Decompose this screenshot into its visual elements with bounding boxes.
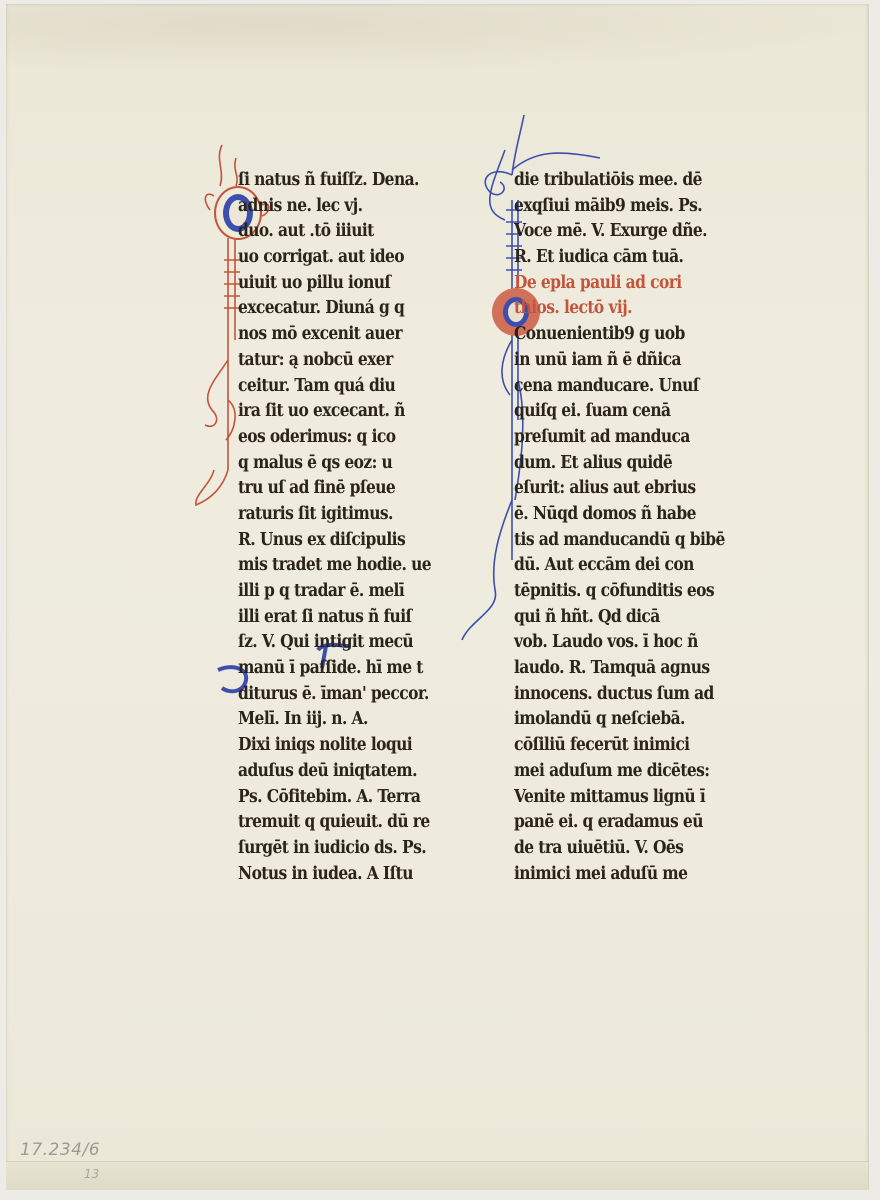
text-column-left: ſi natus ñ fuiſſz. Dena. adnis ne. lec v… (238, 166, 468, 885)
shelf-mark-sub-annotation: 13 (84, 1167, 99, 1181)
shelf-mark-annotation: 17.234/6 (20, 1140, 100, 1160)
text-line: inimici mei aduſū me (514, 858, 746, 888)
text-line: de tra uiuētiū. V. Oēs (514, 832, 746, 862)
text-line: Notus in iudea. A Iſtu (238, 858, 468, 888)
text-line: in unū iam ñ ē dñica (514, 344, 746, 374)
text-line: aduſus deū iniqtatem. (238, 755, 468, 785)
text-line: ſurgēt in iudicio ds. Ps. (238, 832, 468, 862)
text-line: eos oderimus: q ico (238, 421, 468, 451)
leaf-bottom-edge (6, 1161, 868, 1190)
text-column-right: die tribulatiōis mee. dē exqſiui māib9 m… (514, 166, 746, 885)
text-line: tatur: ą nobcū exer (238, 344, 468, 374)
text-line: preſumit ad manduca (514, 421, 746, 451)
text-line: mei aduſum me dicētes: (514, 755, 746, 785)
